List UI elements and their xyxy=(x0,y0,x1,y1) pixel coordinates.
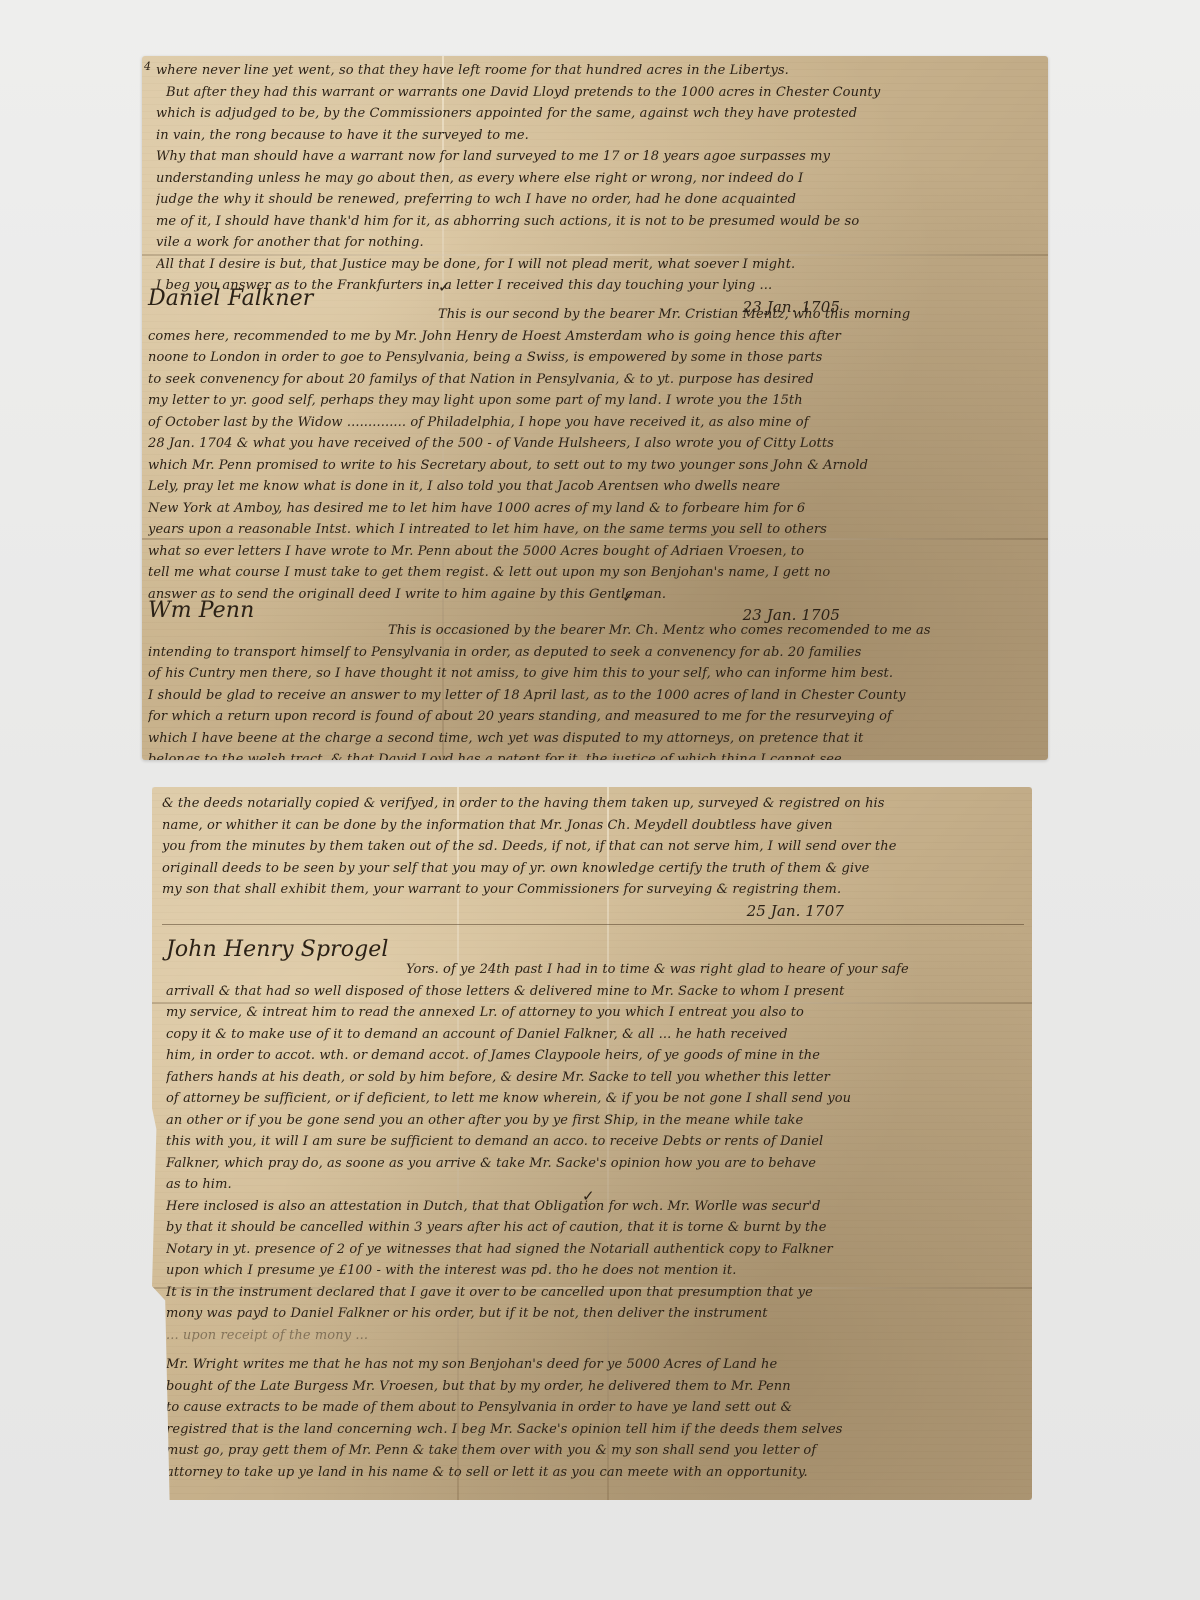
text-line: comes here, recommended to me by Mr. Joh… xyxy=(148,326,1040,348)
text-line: my son that shall exhibit them, your war… xyxy=(162,879,1024,901)
text-line: what so ever letters I have wrote to Mr.… xyxy=(148,541,1040,563)
manuscript-sheet-bottom: & the deeds notarially copied & verifyed… xyxy=(152,787,1032,1500)
text-line: name, or whither it can be done by the i… xyxy=(162,815,1024,837)
text-line: originall deeds to be seen by your self … xyxy=(162,858,1024,880)
text-line: vile a work for another that for nothing… xyxy=(156,232,1040,254)
manuscript-sheet-top: 4 where never line yet went, so that the… xyxy=(142,56,1048,760)
text-line: by that it should be cancelled within 3 … xyxy=(166,1217,1024,1239)
text-line: registred that is the land concerning wc… xyxy=(166,1419,1024,1441)
text-line: All that I desire is but, that Justice m… xyxy=(156,254,1040,276)
text-line: Here inclosed is also an attestation in … xyxy=(166,1196,1024,1218)
text-line: But after they had this warrant or warra… xyxy=(156,82,1040,104)
text-line: attorney to take up ye land in his name … xyxy=(166,1462,1024,1484)
text-line: of attorney be sufficient, or if deficie… xyxy=(166,1088,1024,1110)
text-line: copy it & to make use of it to demand an… xyxy=(166,1024,1024,1046)
text-line: where never line yet went, so that they … xyxy=(156,60,1040,82)
text-line: belongs to the welsh tract, & that David… xyxy=(148,749,1040,760)
text-line: Lely, pray let me know what is done in i… xyxy=(148,476,1040,498)
text-line: I should be glad to receive an answer to… xyxy=(148,685,1040,707)
text-line: 28 Jan. 1704 & what you have received of… xyxy=(148,433,1040,455)
text-line: arrivall & that had so well disposed of … xyxy=(166,981,1024,1003)
text-line: in vain, the rong because to have it the… xyxy=(156,125,1040,147)
text-line: for which a return upon record is found … xyxy=(148,706,1040,728)
text-line: as to him. xyxy=(166,1174,1024,1196)
check-mark-icon: ✓ xyxy=(582,1187,595,1205)
text-line: of October last by the Widow ...........… xyxy=(148,412,1040,434)
text-line: must go, pray gett them of Mr. Penn & ta… xyxy=(166,1440,1024,1462)
text-line: years upon a reasonable Intst. which I i… xyxy=(148,519,1040,541)
text-line: my service, & intreat him to read the an… xyxy=(166,1002,1024,1024)
text-line: mony was payd to Daniel Falkner or his o… xyxy=(166,1303,1024,1325)
text-line: It is in the instrument declared that I … xyxy=(166,1282,1024,1304)
letter-4-body: John Henry Sprogel Yors. of ye 24th past… xyxy=(166,933,1024,1483)
text-line: noone to London in order to goe to Pensy… xyxy=(148,347,1040,369)
text-line: fathers hands at his death, or sold by h… xyxy=(166,1067,1024,1089)
text-line: which Mr. Penn promised to write to his … xyxy=(148,455,1040,477)
text-line: my letter to yr. good self, perhaps they… xyxy=(148,390,1040,412)
text-line: judge the why it should be renewed, pref… xyxy=(156,189,1040,211)
letter-3-continuation: & the deeds notarially copied & verifyed… xyxy=(162,793,1024,929)
text-line: an other or if you be gone send you an o… xyxy=(166,1110,1024,1132)
text-line: Mr. Wright writes me that he has not my … xyxy=(166,1354,1024,1376)
text-line: Falkner, which pray do, as soone as you … xyxy=(166,1153,1024,1175)
text-line: tell me what course I must take to get t… xyxy=(148,562,1040,584)
text-line: & the deeds notarially copied & verifyed… xyxy=(162,793,1024,815)
divider-rule xyxy=(162,924,1024,925)
text-line: upon which I presume ye £100 - with the … xyxy=(166,1260,1024,1282)
page-marker: 4 xyxy=(144,60,151,73)
text-line: to seek convenency for about 20 familys … xyxy=(148,369,1040,391)
text-line: This is occasioned by the bearer Mr. Ch.… xyxy=(148,620,1040,642)
text-line: this with you, it will I am sure be suff… xyxy=(166,1131,1024,1153)
letter-date: 25 Jan. 1707 xyxy=(162,901,1024,923)
text-line: New York at Amboy, has desired me to let… xyxy=(148,498,1040,520)
text-line: which I have beene at the charge a secon… xyxy=(148,728,1040,750)
text-line: to cause extracts to be made of them abo… xyxy=(166,1397,1024,1419)
text-line: me of it, I should have thank'd him for … xyxy=(156,211,1040,233)
text-line: him, in order to accot. wth. or demand a… xyxy=(166,1045,1024,1067)
letter-3-body: Wm Penn This is occasioned by the bearer… xyxy=(148,594,1040,760)
text-line: Why that man should have a warrant now f… xyxy=(156,146,1040,168)
text-line: which is adjudged to be, by the Commissi… xyxy=(156,103,1040,125)
text-line: intending to transport himself to Pensyl… xyxy=(148,642,1040,664)
text-line: ... upon receipt of the mony ... xyxy=(166,1325,1024,1347)
text-line: understanding unless he may go about the… xyxy=(156,168,1040,190)
text-line: Notary in yt. presence of 2 of ye witnes… xyxy=(166,1239,1024,1261)
text-line: bought of the Late Burgess Mr. Vroesen, … xyxy=(166,1376,1024,1398)
text-line: of his Cuntry men there, so I have thoug… xyxy=(148,663,1040,685)
letter-2-body: Daniel Falkner This is our second by the… xyxy=(148,282,1040,627)
text-line: you from the minutes by them taken out o… xyxy=(162,836,1024,858)
letter-1-body: where never line yet went, so that they … xyxy=(156,60,1040,318)
